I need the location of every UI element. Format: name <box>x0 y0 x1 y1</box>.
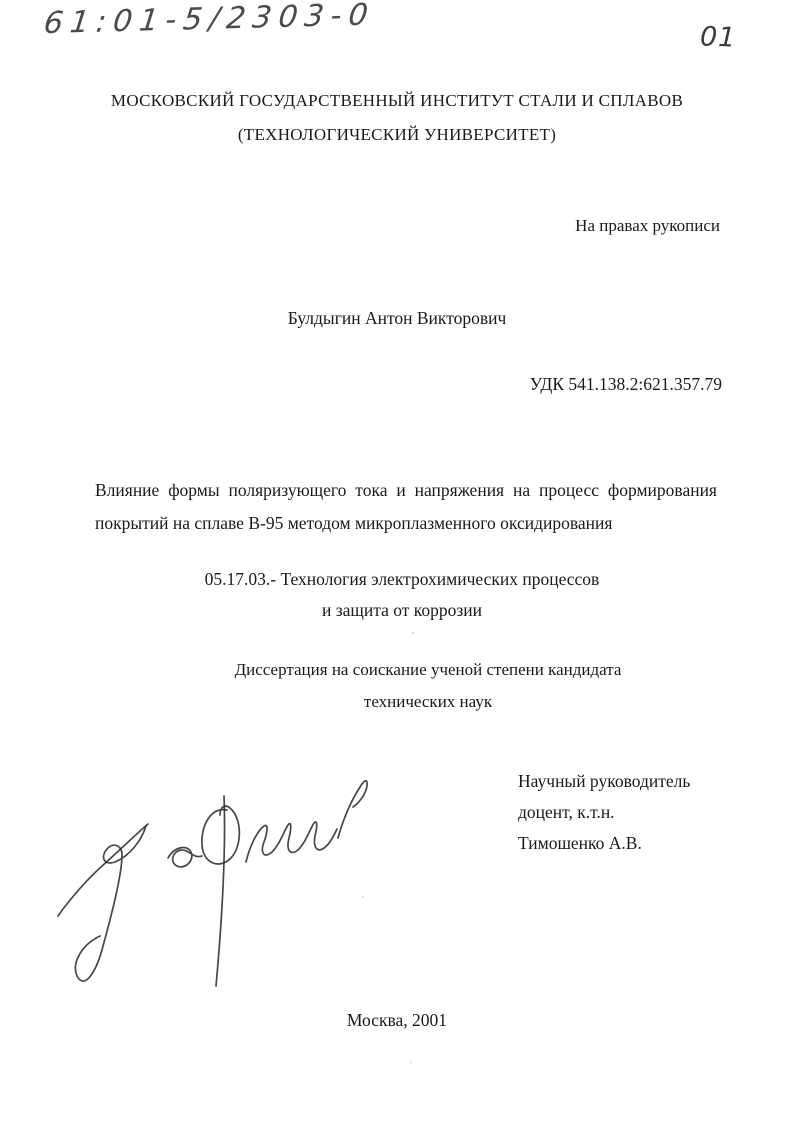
udk-classification: УДК 541.138.2:621.357.79 <box>530 374 722 395</box>
speciality-code: 05.17.03.- Технология электрохимических … <box>10 564 794 626</box>
handwritten-page-number: 01 <box>699 21 736 53</box>
supervisor-name: Тимошенко А.В. <box>518 828 690 859</box>
dissertation-title-line2: покрытий на сплаве В-95 методом микропла… <box>95 507 717 540</box>
supervisor-label: Научный руководитель <box>518 766 690 797</box>
manuscript-rights-note: На правах рукописи <box>575 216 720 236</box>
handwritten-catalog-number: 61:01-5/2303-0 <box>42 0 377 41</box>
author-name: Булдыгин Антон Викторович <box>0 308 794 329</box>
scan-speck <box>412 632 414 634</box>
dissertation-title: Влияние формы поляризующего тока и напря… <box>95 474 717 540</box>
supervisor-position: доцент, к.т.н. <box>518 797 690 828</box>
dissertation-title-line1: Влияние формы поляризующего тока и напря… <box>95 474 717 507</box>
degree-line1: Диссертация на соискание ученой степени … <box>62 654 794 686</box>
degree-statement: Диссертация на соискание ученой степени … <box>62 654 794 718</box>
signature-scrawl-graphic <box>50 758 380 1008</box>
scan-speck <box>362 896 364 898</box>
scanned-dissertation-title-page: 61:01-5/2303-0 01 МОСКОВСКИЙ ГОСУДАРСТВЕ… <box>0 0 794 1123</box>
city-year: Москва, 2001 <box>0 1010 794 1031</box>
supervisor-block: Научный руководитель доцент, к.т.н. Тимо… <box>518 766 690 859</box>
institute-header: МОСКОВСКИЙ ГОСУДАРСТВЕННЫЙ ИНСТИТУТ СТАЛ… <box>0 90 794 145</box>
speciality-line1: 05.17.03.- Технология электрохимических … <box>10 564 794 595</box>
scan-speck <box>409 1061 412 1064</box>
degree-line2: технических наук <box>62 686 794 718</box>
author-signature <box>50 758 380 1008</box>
speciality-line2: и защита от коррозии <box>10 595 794 626</box>
institute-name: МОСКОВСКИЙ ГОСУДАРСТВЕННЫЙ ИНСТИТУТ СТАЛ… <box>0 90 794 111</box>
institute-subtitle: (ТЕХНОЛОГИЧЕСКИЙ УНИВЕРСИТЕТ) <box>0 124 794 145</box>
